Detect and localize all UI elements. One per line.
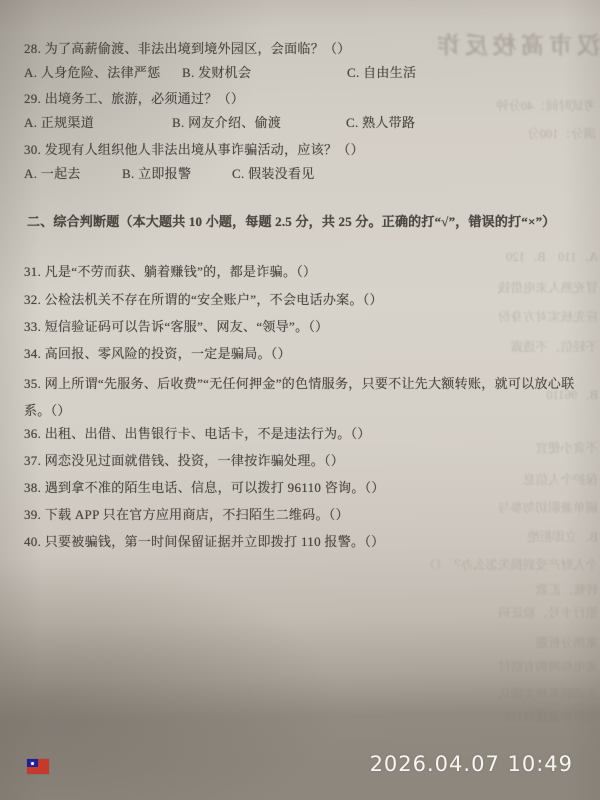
judgment-item-38: 38. 遇到拿不准的陌生电话、信息，可以拨打 96110 咨询。（） bbox=[24, 477, 385, 496]
option-28-a: A. 人身危险、法律严惩 bbox=[24, 62, 161, 81]
judgment-item-36: 36. 出租、出借、出售银行卡、电话卡，不是违法行为。（） bbox=[24, 423, 371, 442]
option-29-b: B. 网友介绍、偷渡 bbox=[172, 112, 281, 131]
question-29-options: A. 正规渠道 B. 网友介绍、偷渡 C. 熟人带路 bbox=[0, 112, 600, 132]
judgment-item-39: 39. 下载 APP 只在官方应用商店，不扫陌生二维码。（） bbox=[24, 504, 349, 523]
exam-content: 28. 为了高薪偷渡、非法出境到境外园区，会面临？（） A. 人身危险、法律严惩… bbox=[0, 0, 600, 800]
question-28-options: A. 人身危险、法律严惩 B. 发财机会 C. 自由生活 bbox=[0, 62, 600, 82]
judgment-item-34: 34. 高回报、零风险的投资，一定是骗局。（） bbox=[24, 343, 291, 362]
option-29-a: A. 正规渠道 bbox=[24, 112, 94, 131]
option-29-c: C. 熟人带路 bbox=[346, 112, 415, 131]
judgment-item-32: 32. 公检法机关不存在所谓的“安全账户”，不会电话办案。（） bbox=[24, 289, 383, 308]
flag-sun-emblem bbox=[30, 761, 35, 766]
question-30-options: A. 一起去 B. 立即报警 C. 假装没看见 bbox=[0, 163, 600, 183]
camera-timestamp: 2026.04.07 10:49 bbox=[370, 752, 573, 776]
option-28-b: B. 发财机会 bbox=[182, 62, 251, 81]
option-30-c: C. 假装没看见 bbox=[232, 163, 315, 182]
question-30-text: 30. 发现有人组织他人非法出境从事诈骗活动，应该？（） bbox=[24, 139, 364, 158]
question-28-text: 28. 为了高薪偷渡、非法出境到境外园区，会面临？（） bbox=[24, 38, 351, 57]
option-30-b: B. 立即报警 bbox=[122, 163, 191, 182]
judgment-item-40: 40. 只要被骗钱，第一时间保留证据并立即拨打 110 报警。（） bbox=[24, 531, 384, 550]
taiwan-flag-icon bbox=[27, 759, 49, 774]
option-28-c: C. 自由生活 bbox=[347, 62, 416, 81]
section-2-heading: 二、综合判断题（本大题共 10 小题，每题 2.5 分，共 25 分。正确的打“… bbox=[27, 211, 556, 230]
judgment-item-37: 37. 网恋没见过面就借钱、投资，一律按诈骗处理。（） bbox=[24, 450, 344, 469]
exam-paper-photo: 武汉市高校反诈 考试时间：40分钟 满分：100分 A．110 B．120 冒充… bbox=[0, 0, 600, 800]
question-29-text: 29. 出境务工、旅游，必须通过？（） bbox=[24, 88, 244, 107]
judgment-item-33: 33. 短信验证码可以告诉“客服”、网友、“领导”。（） bbox=[24, 316, 328, 335]
judgment-item-31: 31. 凡是“不劳而获、躺着赚钱”的，都是诈骗。（） bbox=[24, 261, 316, 280]
option-30-a: A. 一起去 bbox=[24, 163, 81, 182]
judgment-item-35: 35. 网上所谓“先服务、后收费”“无任何押金”的色情服务，只要不让先大额转账，… bbox=[24, 370, 586, 424]
